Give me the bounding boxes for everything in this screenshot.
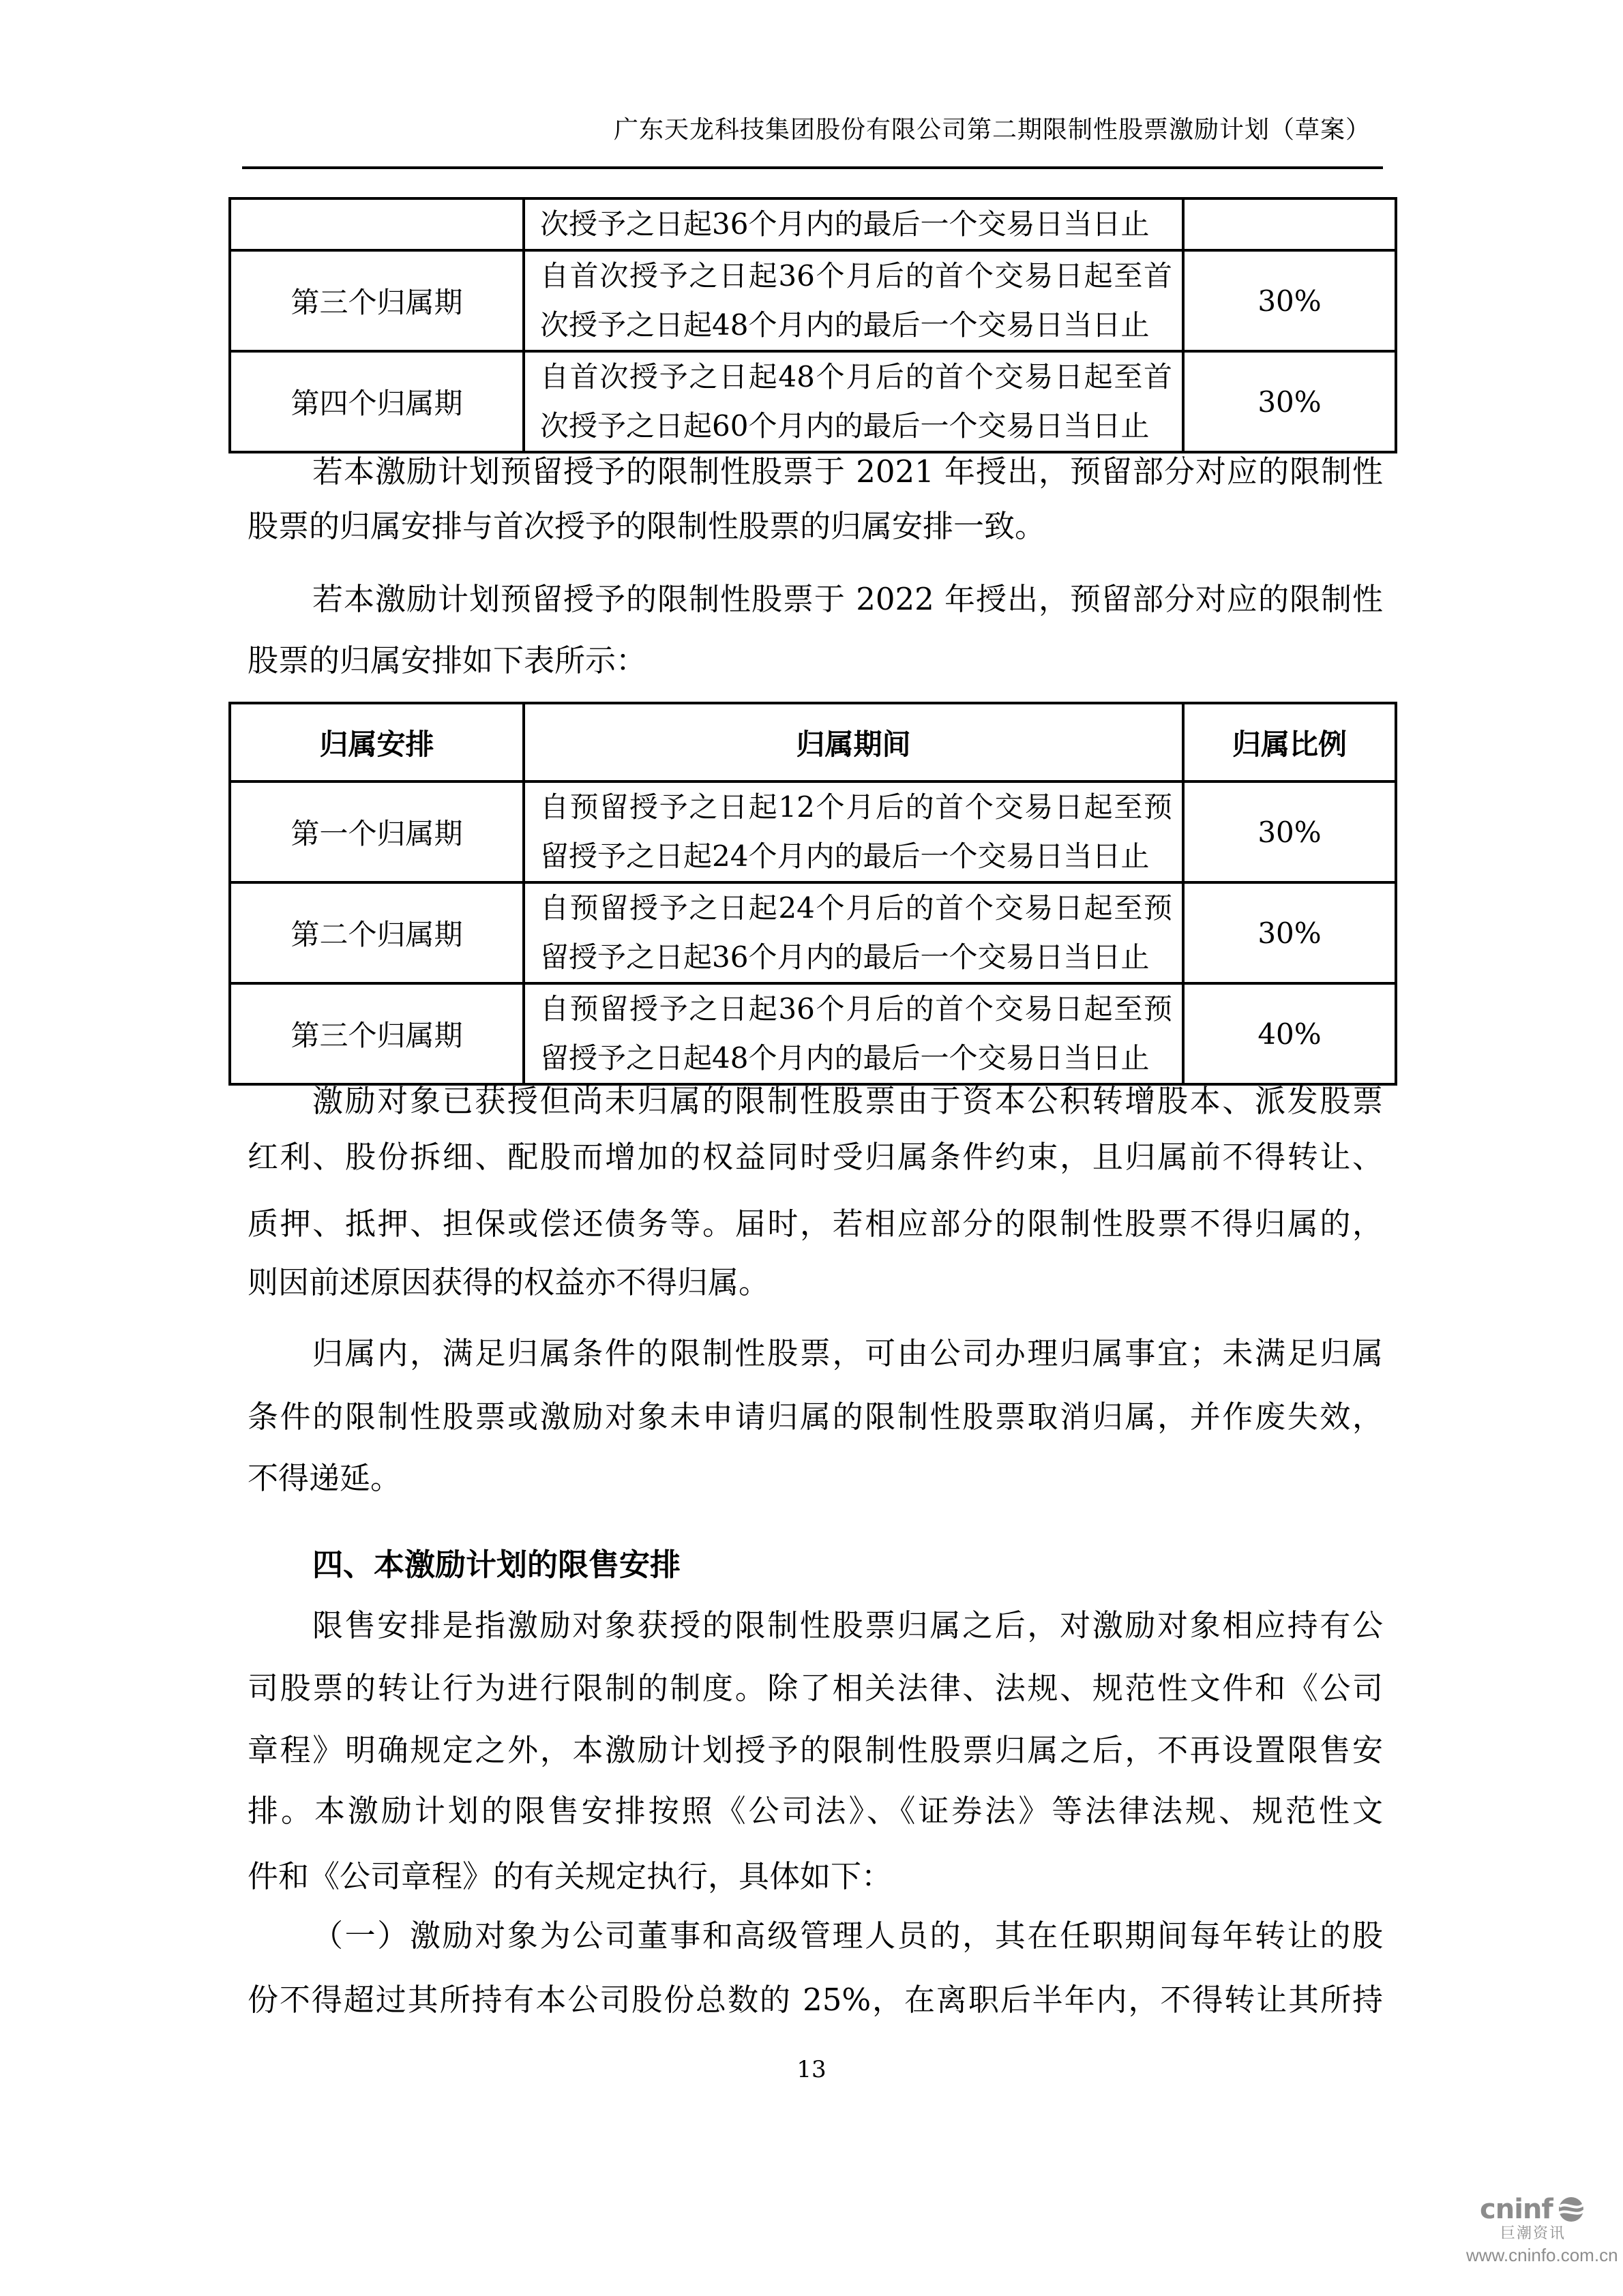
text-line: 章程》明确规定之外，本激励计划授予的限制性股票归属之后，不再设置限售安 — [248, 1730, 1383, 1771]
period-line: 自首次授予之日起36个月后的首个交易日起至首 — [540, 252, 1172, 301]
table-row: 第一个归属期 自预留授予之日起12个月后的首个交易日起至预 留授予之日起24个月… — [230, 781, 1396, 882]
text-line: 归属内，满足归属条件的限制性股票，可由公司办理归属事宜；未满足归属 — [312, 1333, 1383, 1374]
text-line: 份不得超过其所持有本公司股份总数的 25%，在离职后半年内，不得转让其所持 — [248, 1980, 1383, 2021]
cninfo-watermark: cninf 巨潮资讯 www.cninfo.com.cn — [1459, 2196, 1623, 2278]
period-line: 自预留授予之日起36个月后的首个交易日起至预 — [540, 985, 1172, 1034]
cninfo-logo: cninf — [1480, 2196, 1587, 2223]
text-line: （一）激励对象为公司董事和高级管理人员的，其在任职期间每年转让的股 — [312, 1915, 1383, 1956]
vesting-period-range: 自首次授予之日起48个月后的首个交易日起至首 次授予之日起60个月内的最后一个交… — [524, 351, 1183, 452]
text-line: 则因前述原因获得的权益亦不得归属。 — [248, 1262, 1383, 1303]
text-line: 条件的限制性股票或激励对象未申请归属的限制性股票取消归属，并作废失效， — [248, 1397, 1383, 1437]
cninfo-swirl-icon — [1555, 2196, 1587, 2223]
text-line: 若本激励计划预留授予的限制性股票于 2021 年授出，预留部分对应的限制性 — [312, 451, 1383, 492]
vesting-ratio: 30% — [1183, 781, 1396, 882]
vesting-ratio: 30% — [1183, 882, 1396, 983]
text-line: 排。本激励计划的限售安排按照《公司法》、《证券法》等法律法规、规范性文 — [248, 1791, 1383, 1832]
document-header-title: 广东天龙科技集团股份有限公司第二期限制性股票激励计划（草案） — [614, 115, 1365, 146]
vesting-period-name: 第三个归属期 — [230, 983, 524, 1084]
table-row: 第三个归属期 自预留授予之日起36个月后的首个交易日起至预 留授予之日起48个月… — [230, 983, 1396, 1084]
table-row: 第四个归属期 自首次授予之日起48个月后的首个交易日起至首 次授予之日起60个月… — [230, 351, 1396, 452]
text-line: 激励对象已获授但尚未归属的限制性股票由于资本公积转增股本、派发股票 — [312, 1081, 1383, 1122]
text-line: 质押、抵押、担保或偿还债务等。届时，若相应部分的限制性股票不得归属的， — [248, 1204, 1383, 1244]
period-line: 自预留授予之日起12个月后的首个交易日起至预 — [540, 783, 1172, 832]
table-row: 第二个归属期 自预留授予之日起24个月后的首个交易日起至预 留授予之日起36个月… — [230, 882, 1396, 983]
vesting-period-name — [230, 198, 524, 250]
period-line: 自预留授予之日起24个月后的首个交易日起至预 — [540, 884, 1172, 933]
period-line: 次授予之日起36个月内的最后一个交易日当日止 — [540, 200, 1172, 249]
period-line: 留授予之日起36个月内的最后一个交易日当日止 — [540, 933, 1172, 982]
section-heading: 四、本激励计划的限售安排 — [312, 1545, 1383, 1585]
text-line: 不得递延。 — [248, 1458, 1383, 1499]
text-line: 司股票的转让行为进行限制的制度。除了相关法律、法规、规范性文件和《公司 — [248, 1668, 1383, 1709]
table-header-row: 归属安排 归属期间 归属比例 — [230, 703, 1396, 781]
text-line: 股票的归属安排如下表所示： — [248, 640, 1383, 681]
vesting-ratio: 40% — [1183, 983, 1396, 1084]
period-line: 自首次授予之日起48个月后的首个交易日起至首 — [540, 353, 1172, 402]
cninfo-url: www.cninfo.com.cn — [1466, 2245, 1618, 2265]
vesting-ratio: 30% — [1183, 250, 1396, 351]
cninfo-logo-text: cninf — [1480, 2196, 1553, 2223]
cninfo-chinese-name: 巨潮资讯 — [1500, 2226, 1566, 2242]
header-rule — [242, 166, 1383, 169]
vesting-ratio: 30% — [1183, 351, 1396, 452]
vesting-period-name: 第三个归属期 — [230, 250, 524, 351]
vesting-ratio — [1183, 198, 1396, 250]
vesting-period-range: 次授予之日起36个月内的最后一个交易日当日止 — [524, 198, 1183, 250]
text-line: 件和《公司章程》的有关规定执行，具体如下： — [248, 1856, 1383, 1897]
text-line: 限售安排是指激励对象获授的限制性股票归属之后，对激励对象相应持有公 — [312, 1605, 1383, 1646]
vesting-period-range: 自预留授予之日起12个月后的首个交易日起至预 留授予之日起24个月内的最后一个交… — [524, 781, 1183, 882]
table-row: 第三个归属期 自首次授予之日起36个月后的首个交易日起至首 次授予之日起48个月… — [230, 250, 1396, 351]
vesting-table-reserved-grant: 归属安排 归属期间 归属比例 第一个归属期 自预留授予之日起12个月后的首个交易… — [228, 702, 1397, 1086]
vesting-period-name: 第四个归属期 — [230, 351, 524, 452]
period-line: 留授予之日起48个月内的最后一个交易日当日止 — [540, 1034, 1172, 1083]
column-header-ratio: 归属比例 — [1183, 703, 1396, 781]
table-row: 次授予之日起36个月内的最后一个交易日当日止 — [230, 198, 1396, 250]
vesting-period-range: 自预留授予之日起24个月后的首个交易日起至预 留授予之日起36个月内的最后一个交… — [524, 882, 1183, 983]
column-header-period: 归属期间 — [524, 703, 1183, 781]
vesting-period-name: 第一个归属期 — [230, 781, 524, 882]
column-header-arrangement: 归属安排 — [230, 703, 524, 781]
text-line: 红利、股份拆细、配股而增加的权益同时受归属条件约束，且归属前不得转让、 — [248, 1137, 1383, 1178]
period-line: 次授予之日起60个月内的最后一个交易日当日止 — [540, 402, 1172, 451]
vesting-period-range: 自首次授予之日起36个月后的首个交易日起至首 次授予之日起48个月内的最后一个交… — [524, 250, 1183, 351]
page-number: 13 — [777, 2053, 846, 2087]
vesting-period-name: 第二个归属期 — [230, 882, 524, 983]
period-line: 次授予之日起48个月内的最后一个交易日当日止 — [540, 301, 1172, 350]
vesting-period-range: 自预留授予之日起36个月后的首个交易日起至预 留授予之日起48个月内的最后一个交… — [524, 983, 1183, 1084]
text-line: 股票的归属安排与首次授予的限制性股票的归属安排一致。 — [248, 506, 1383, 547]
vesting-table-initial-grant-continued: 次授予之日起36个月内的最后一个交易日当日止 第三个归属期 自首次授予之日起36… — [228, 197, 1397, 453]
period-line: 留授予之日起24个月内的最后一个交易日当日止 — [540, 832, 1172, 881]
text-line: 若本激励计划预留授予的限制性股票于 2022 年授出，预留部分对应的限制性 — [312, 579, 1383, 620]
